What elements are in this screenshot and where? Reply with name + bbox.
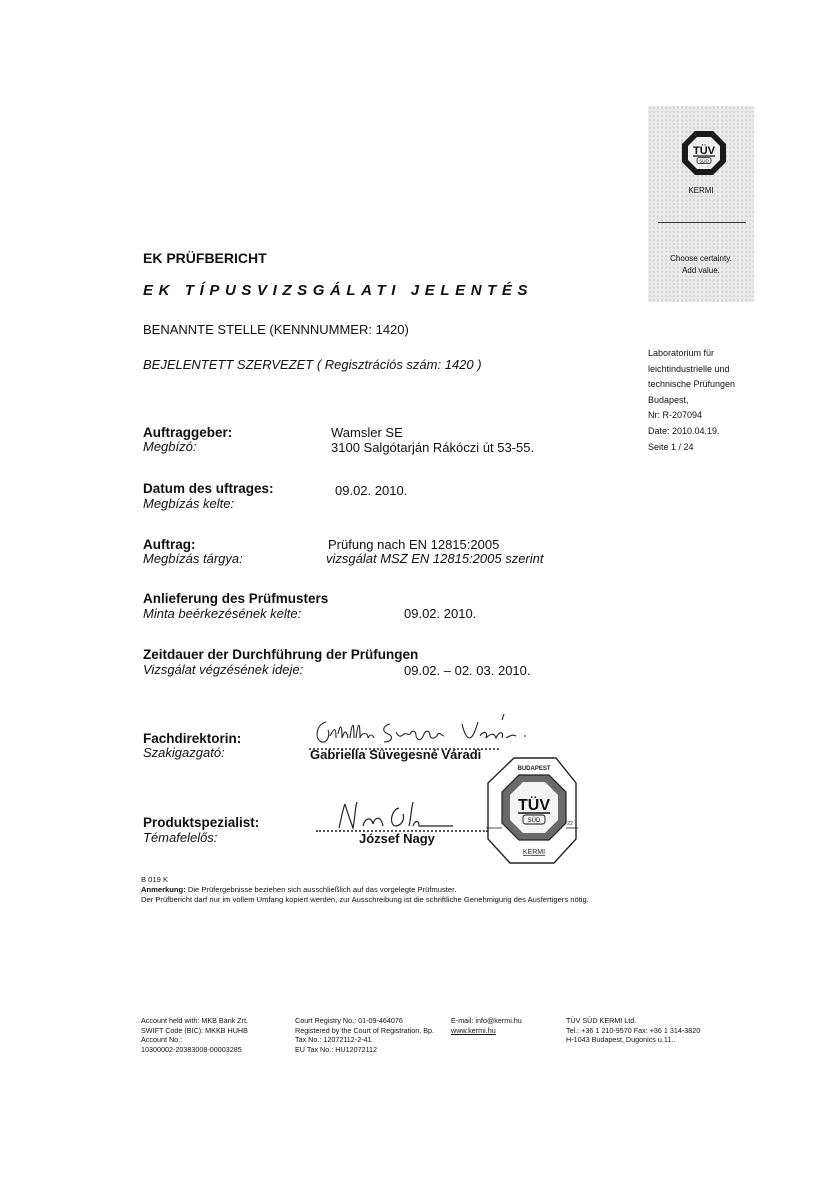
footer-registry-line: Registered by the Court of Registration,… bbox=[295, 1026, 434, 1036]
title-de: EK PRÜFBERICHT bbox=[143, 250, 267, 266]
director-label-hu: Szakigazgató: bbox=[143, 745, 225, 760]
client-address: 3100 Salgótarján Rákóczi út 53-55. bbox=[331, 440, 534, 455]
lab-info-line: technische Prüfungen bbox=[648, 377, 735, 393]
order-label-de: Auftrag: bbox=[143, 537, 196, 552]
svg-text:SÜD: SÜD bbox=[528, 817, 541, 824]
order-date-value: 09.02. 2010. bbox=[335, 483, 407, 498]
order-value-hu: vizsgálat MSZ EN 12815:2005 szerint bbox=[326, 551, 544, 566]
notified-body-de: BENANNTE STELLE (KENNNUMMER: 1420) bbox=[143, 322, 409, 337]
footer-bank-line: SWIFT Code (BIC): MKKB HUHB bbox=[141, 1026, 248, 1036]
footer-registry-line: EU Tax No.: HU12072112 bbox=[295, 1045, 434, 1055]
client-label-de: Auftraggeber: bbox=[143, 425, 232, 440]
report-number: Nr: R-207094 bbox=[648, 408, 735, 424]
notified-body-hu: BEJELENTETT SZERVEZET ( Regisztrációs sz… bbox=[143, 357, 482, 372]
order-label-hu: Megbízás tárgya: bbox=[143, 551, 243, 566]
remark-label: Anmerkung: bbox=[141, 885, 186, 894]
footer-email[interactable]: E-mail: info@kermi.hu bbox=[451, 1016, 522, 1026]
remark-text: Die Prüfergebnisse beziehen sich ausschl… bbox=[186, 885, 457, 894]
order-value-de: Prüfung nach EN 12815:2005 bbox=[328, 537, 499, 552]
specialist-label-de: Produktspezialist: bbox=[143, 815, 259, 830]
logo-divider bbox=[658, 222, 746, 223]
tuv-stamp-icon: BUDAPEST TÜV SÜD KERMI 22 bbox=[486, 755, 578, 865]
director-signature-icon bbox=[312, 714, 547, 748]
tuv-sud-logo-icon: TÜV SÜD bbox=[681, 130, 727, 176]
svg-text:BUDAPEST: BUDAPEST bbox=[517, 766, 550, 772]
lab-info-line: Budapest, bbox=[648, 393, 735, 409]
sample-delivery-value: 09.02. 2010. bbox=[404, 606, 476, 621]
specialist-name: József Nagy bbox=[359, 831, 435, 846]
report-date: Date: 2010.04.19. bbox=[648, 424, 735, 440]
order-date-label-hu: Megbízás kelte: bbox=[143, 496, 234, 511]
director-label-de: Fachdirektorin: bbox=[143, 731, 241, 746]
form-code: B 019 K bbox=[141, 875, 589, 885]
footer-bank-line: Account held with: MKB Bank Zrt. bbox=[141, 1016, 248, 1026]
footer-bank-line: Account No.: bbox=[141, 1035, 248, 1045]
footer-company-line: TÜV SÜD KERMI Ltd. bbox=[566, 1016, 700, 1026]
notes: B 019 K Anmerkung: Die Prüfergebnisse be… bbox=[141, 875, 589, 905]
logo-company: KERMI bbox=[648, 186, 754, 195]
footer-bank-line: 10300002-20383008-00003285 bbox=[141, 1045, 248, 1055]
director-name: Gabriella Süvegesné Váradi bbox=[310, 747, 481, 762]
footer-company-line: Tel.: +36 1 210-9570 Fax: +36 1 314-3820 bbox=[566, 1026, 700, 1036]
sample-delivery-label-de: Anlieferung des Prüfmusters bbox=[143, 591, 328, 606]
title-hu: EK TÍPUSVIZSGÁLATI JELENTÉS bbox=[143, 282, 533, 299]
svg-text:KERMI: KERMI bbox=[523, 849, 545, 856]
client-name: Wamsler SE bbox=[331, 425, 403, 440]
svg-text:22: 22 bbox=[567, 821, 573, 827]
svg-text:TÜV: TÜV bbox=[518, 795, 550, 814]
test-duration-label-hu: Vizsgálat végzésének ideje: bbox=[143, 662, 303, 677]
page-number: Seite 1 / 24 bbox=[648, 440, 735, 456]
footer-company: TÜV SÜD KERMI Ltd. Tel.: +36 1 210-9570 … bbox=[566, 1016, 700, 1045]
footer-registry-line: Tax No.: 12072112-2-41 bbox=[295, 1035, 434, 1045]
svg-text:SÜD: SÜD bbox=[699, 158, 709, 164]
sample-delivery-label-hu: Minta beérkezésének kelte: bbox=[143, 606, 301, 621]
footer-registry: Court Registry No.: 01-09-464076 Registe… bbox=[295, 1016, 434, 1054]
lab-info-line: Laboratorium für bbox=[648, 346, 735, 362]
logo-slogan: Choose certainty. Add value. bbox=[648, 253, 754, 277]
footer-contact: E-mail: info@kermi.hu www.kermi.hu bbox=[451, 1016, 522, 1035]
lab-info-line: leichtindustrielle und bbox=[648, 362, 735, 378]
client-label-hu: Megbízó: bbox=[143, 439, 196, 454]
footer-company-line: H-1043 Budapest, Dugonics u.11.. bbox=[566, 1035, 700, 1045]
specialist-signature-icon bbox=[335, 798, 455, 832]
footer-bank: Account held with: MKB Bank Zrt. SWIFT C… bbox=[141, 1016, 248, 1054]
lab-info: Laboratorium für leichtindustrielle und … bbox=[648, 346, 735, 455]
slogan-line: Add value. bbox=[648, 265, 754, 277]
test-duration-value: 09.02. – 02. 03. 2010. bbox=[404, 663, 531, 678]
copy-notice: Der Prüfbericht darf nur im vollem Umfan… bbox=[141, 895, 589, 905]
order-date-label-de: Datum des uftrages: bbox=[143, 481, 274, 496]
footer-registry-line: Court Registry No.: 01-09-464076 bbox=[295, 1016, 434, 1026]
slogan-line: Choose certainty. bbox=[648, 253, 754, 265]
logo-panel: TÜV SÜD KERMI Choose certainty. Add valu… bbox=[648, 106, 754, 302]
footer-website-link[interactable]: www.kermi.hu bbox=[451, 1026, 522, 1036]
svg-text:TÜV: TÜV bbox=[693, 144, 716, 157]
specialist-label-hu: Témafelelős: bbox=[143, 830, 217, 845]
remark-line: Anmerkung: Die Prüfergebnisse beziehen s… bbox=[141, 885, 589, 895]
test-duration-label-de: Zeitdauer der Durchführung der Prüfungen bbox=[143, 647, 418, 662]
